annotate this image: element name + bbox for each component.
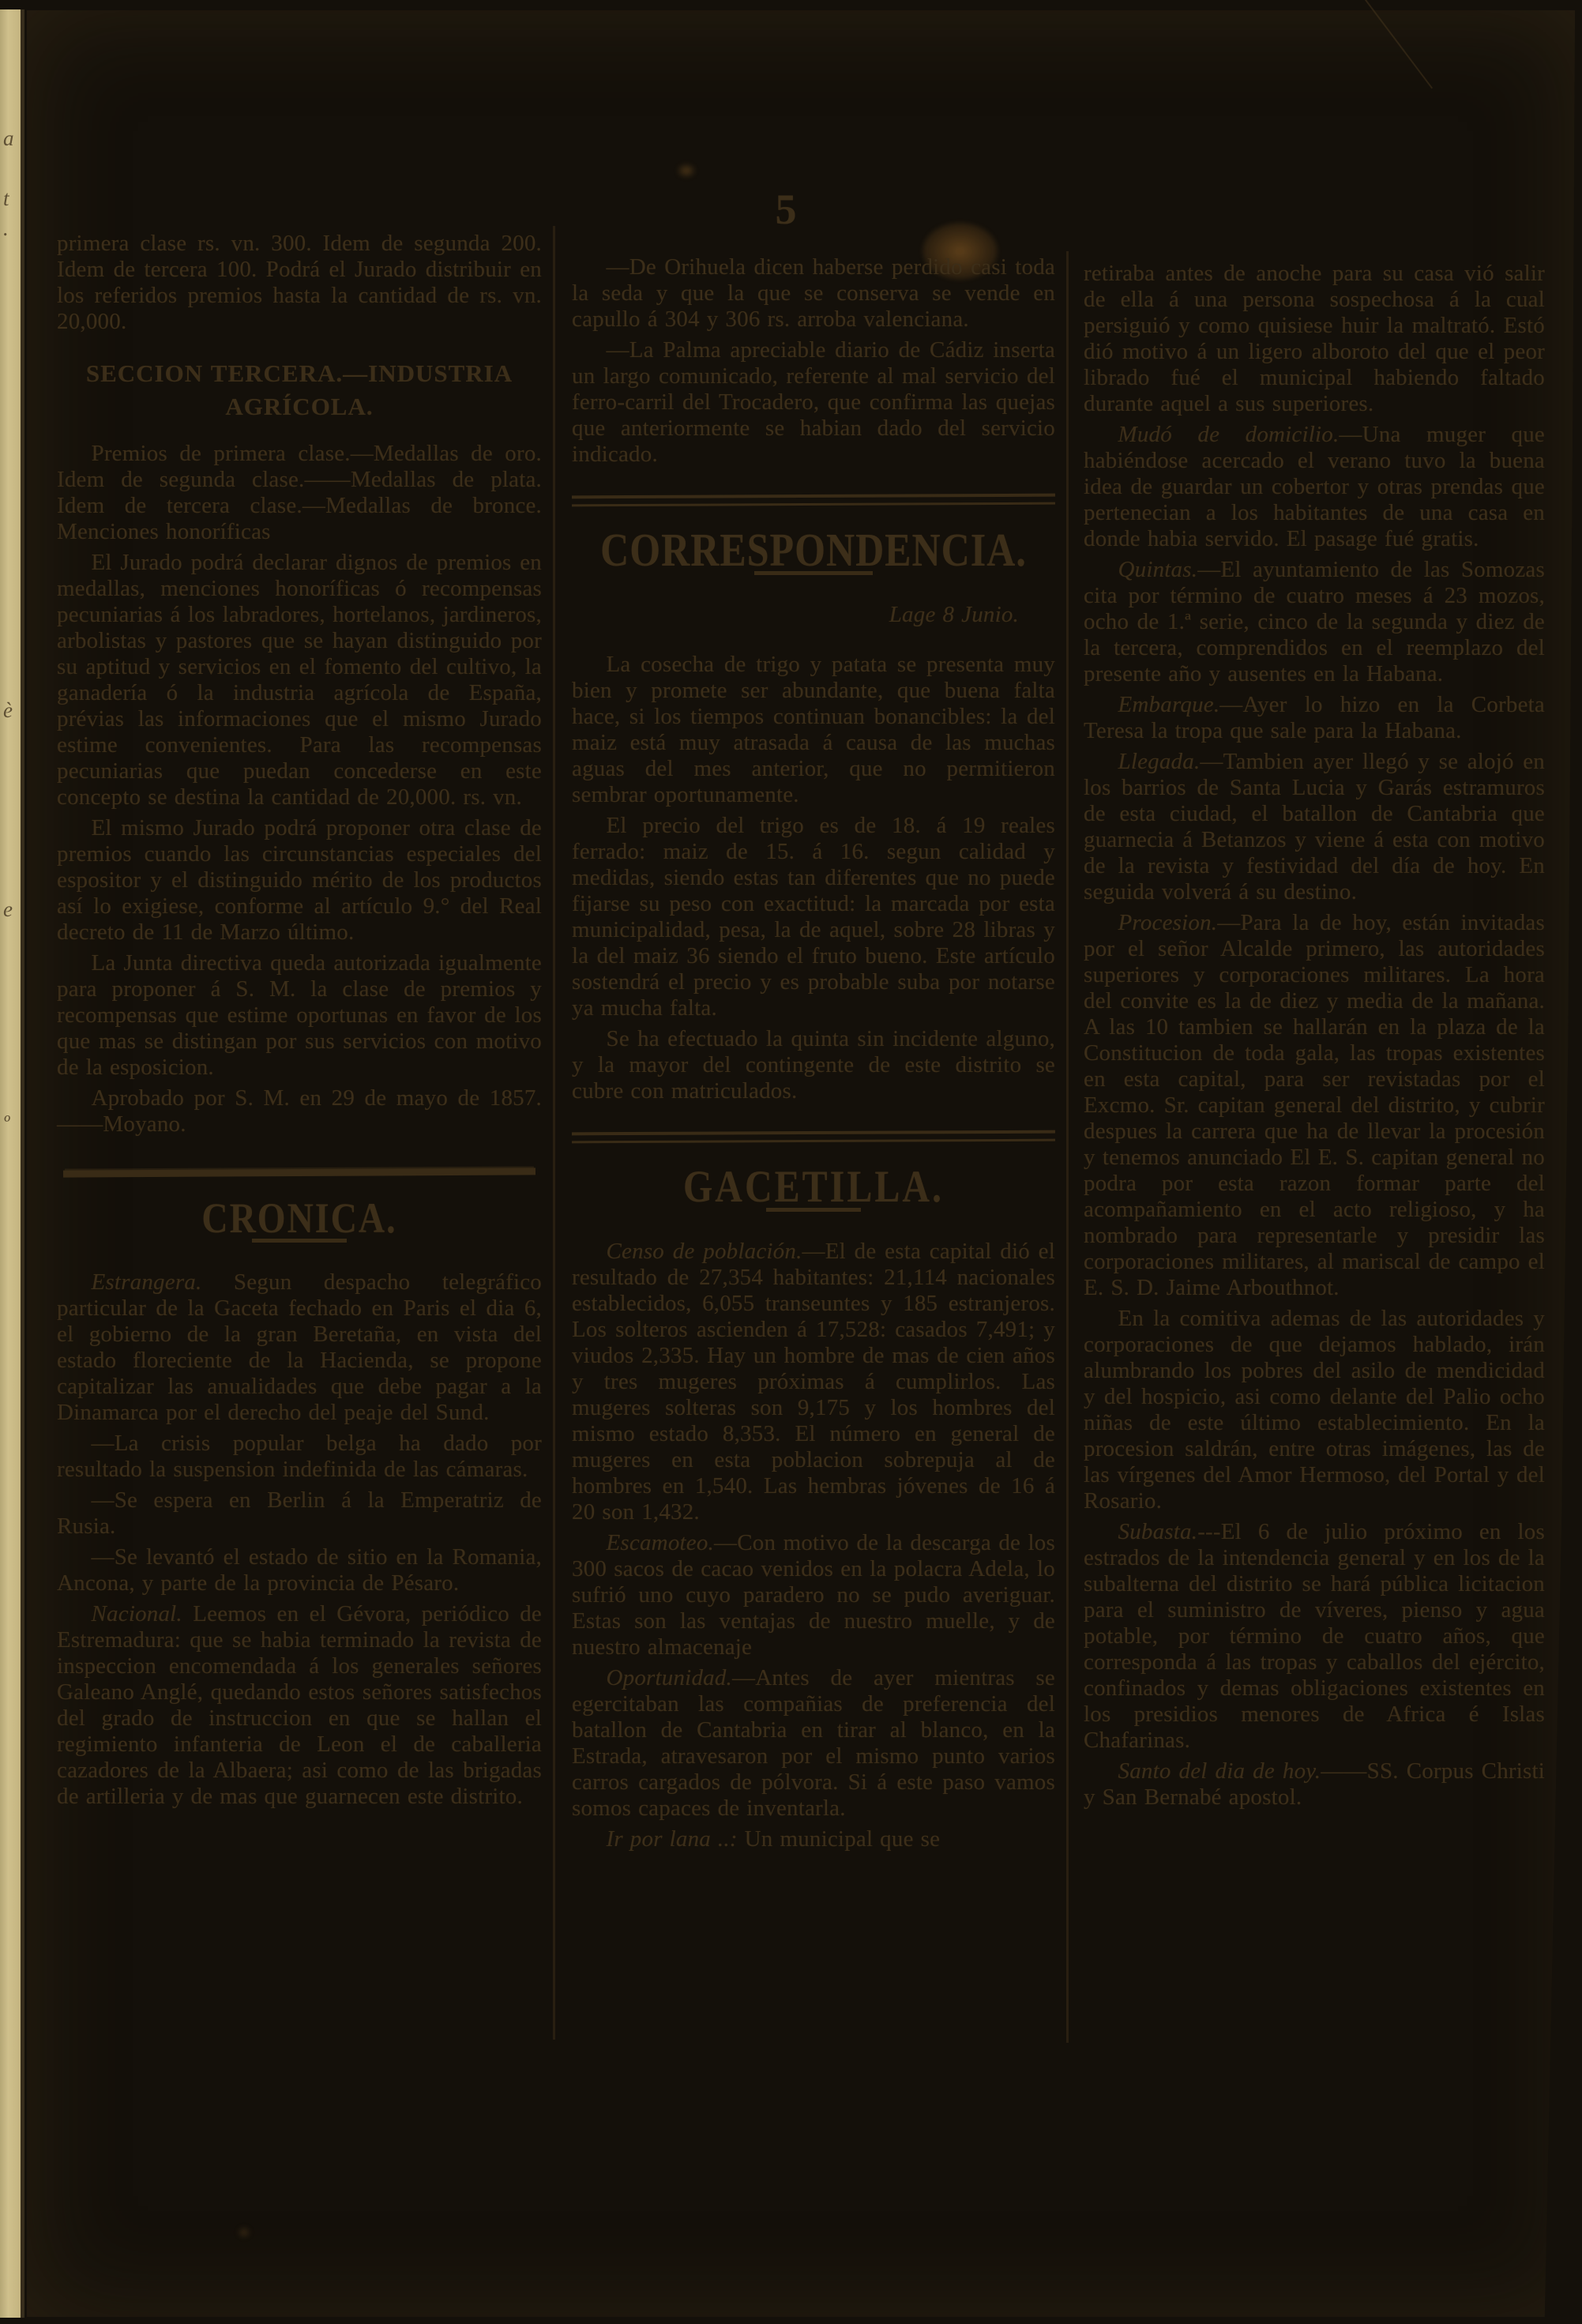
continued-paragraph: primera clase rs. vn. 300. Idem de segun… — [57, 231, 542, 335]
paragraph: El precio del trigo es de 18. á 19 reale… — [572, 813, 1055, 1021]
news-item: —Se espera en Berlin á la Emperatriz de … — [57, 1487, 542, 1540]
item-lead: Estrangera. — [92, 1269, 202, 1295]
paragraph: El mismo Jurado podrá proponer otra clas… — [57, 815, 542, 946]
item-lead: Llegada. — [1118, 749, 1201, 774]
continued-paragraph: retiraba antes de anoche para su casa vi… — [1084, 261, 1545, 417]
item-lead: Ir por lana ..: — [607, 1826, 738, 1852]
paper-stain — [237, 2226, 251, 2239]
column-left: primera clase rs. vn. 300. Idem de segun… — [57, 231, 542, 1810]
news-item: Santo del dia de hoy.——SS. Corpus Christ… — [1084, 1758, 1545, 1811]
edge-text-fragment: è — [3, 698, 13, 723]
item-text: Leemos en el Gévora, periódico de Estrem… — [57, 1601, 542, 1809]
news-item: Escamoteo.—Con motivo de la descarga de … — [572, 1530, 1055, 1660]
paragraph: Premios de primera clase.—Medallas de or… — [57, 441, 542, 545]
item-lead: Escamoteo. — [607, 1530, 715, 1555]
item-lead: Procesion. — [1118, 910, 1218, 935]
item-lead: Oportunidad. — [607, 1665, 733, 1690]
news-item: Subasta.---El 6 de julio próximo en los … — [1084, 1519, 1545, 1754]
item-text: —Para la de hoy, están invitadas por el … — [1084, 910, 1545, 1300]
cronica-heading: CRONICA. — [57, 1202, 542, 1233]
news-item: En la comitiva ademas de las autoridades… — [1084, 1306, 1545, 1514]
correspondencia-heading: CORRESPONDENCIA. — [572, 535, 1055, 566]
item-lead: Mudó de domicilio. — [1118, 422, 1340, 447]
paragraph: La cosecha de trigo y patata se presenta… — [572, 652, 1055, 808]
item-lead: Nacional. — [92, 1601, 182, 1626]
scanned-newspaper-page: a t . è e º 5 primera clase rs. vn. 300.… — [0, 0, 1582, 2324]
page-number: 5 — [715, 185, 857, 234]
dateline: Lage 8 Junio. — [572, 602, 1019, 628]
news-item: —La crisis popular belga ha dado por res… — [57, 1431, 542, 1483]
gacetilla-heading: GACETILLA. — [572, 1171, 1055, 1202]
edge-text-fragment: t — [3, 186, 9, 211]
paragraph: El Jurado podrá declarar dignos de premi… — [57, 550, 542, 810]
item-text: —El de esta capital dió el resultado de … — [572, 1239, 1055, 1525]
news-item: Embarque.—Ayer lo hizo en la Corbeta Ter… — [1084, 692, 1545, 744]
news-item: Ir por lana ..: Un municipal que se — [572, 1826, 1055, 1852]
column-divider-left — [553, 226, 555, 2040]
edge-text-fragment: . — [3, 216, 9, 241]
item-text: El 6 de julio próximo en los estrados de… — [1084, 1519, 1545, 1753]
paragraph: La Junta directiva queda autorizada igua… — [57, 950, 542, 1081]
item-text: Un municipal que se — [738, 1826, 940, 1852]
item-lead: Subasta.--- — [1118, 1519, 1221, 1544]
item-lead: Quintas. — [1118, 557, 1198, 582]
news-item: —De Orihuela dicen haberse perdido casi … — [572, 254, 1055, 333]
paragraph: Se ha efectuado la quinta sin incidente … — [572, 1026, 1055, 1104]
adjacent-page-edge: a t . è e º — [0, 9, 24, 2318]
news-item: Quintas.—El ayuntamiento de las Somozas … — [1084, 557, 1545, 687]
news-item: Llegada.—Tambien ayer llegó y se alojó e… — [1084, 749, 1545, 905]
section-rule — [572, 494, 1055, 507]
column-right: retiraba antes de anoche para su casa vi… — [1084, 261, 1545, 1811]
section-rule — [63, 1168, 535, 1177]
news-item: Procesion.—Para la de hoy, están invitad… — [1084, 910, 1545, 1301]
section-heading: SECCION TERCERA.—INDUSTRIA AGRÍCOLA. — [81, 357, 518, 423]
news-item: Nacional. Leemos en el Gévora, periódico… — [57, 1601, 542, 1810]
news-item: Mudó de domicilio.—Una muger que habiénd… — [1084, 422, 1545, 552]
news-item: —La Palma apreciable diario de Cádiz ins… — [572, 337, 1055, 468]
paper-stain — [676, 163, 697, 179]
column-middle: —De Orihuela dicen haberse perdido casi … — [572, 254, 1055, 1852]
approval-paragraph: Aprobado por S. M. en 29 de mayo de 1857… — [57, 1085, 542, 1138]
news-item: Estrangera. Segun despacho telegráfico p… — [57, 1269, 542, 1426]
edge-text-fragment: º — [3, 1111, 9, 1135]
section-rule — [572, 1130, 1055, 1144]
item-lead: Santo del dia de hoy. — [1118, 1758, 1321, 1784]
edge-text-fragment: e — [3, 897, 13, 922]
news-item: Censo de población.—El de esta capital d… — [572, 1239, 1055, 1525]
edge-text-fragment: a — [3, 126, 14, 151]
column-divider-right — [1066, 251, 1069, 2043]
item-lead: Embarque. — [1118, 692, 1220, 717]
news-item: Oportunidad.—Antes de ayer mientras se e… — [572, 1665, 1055, 1822]
news-item: —Se levantó el estado de sitio en la Rom… — [57, 1544, 542, 1596]
item-lead: Censo de población. — [607, 1239, 802, 1264]
